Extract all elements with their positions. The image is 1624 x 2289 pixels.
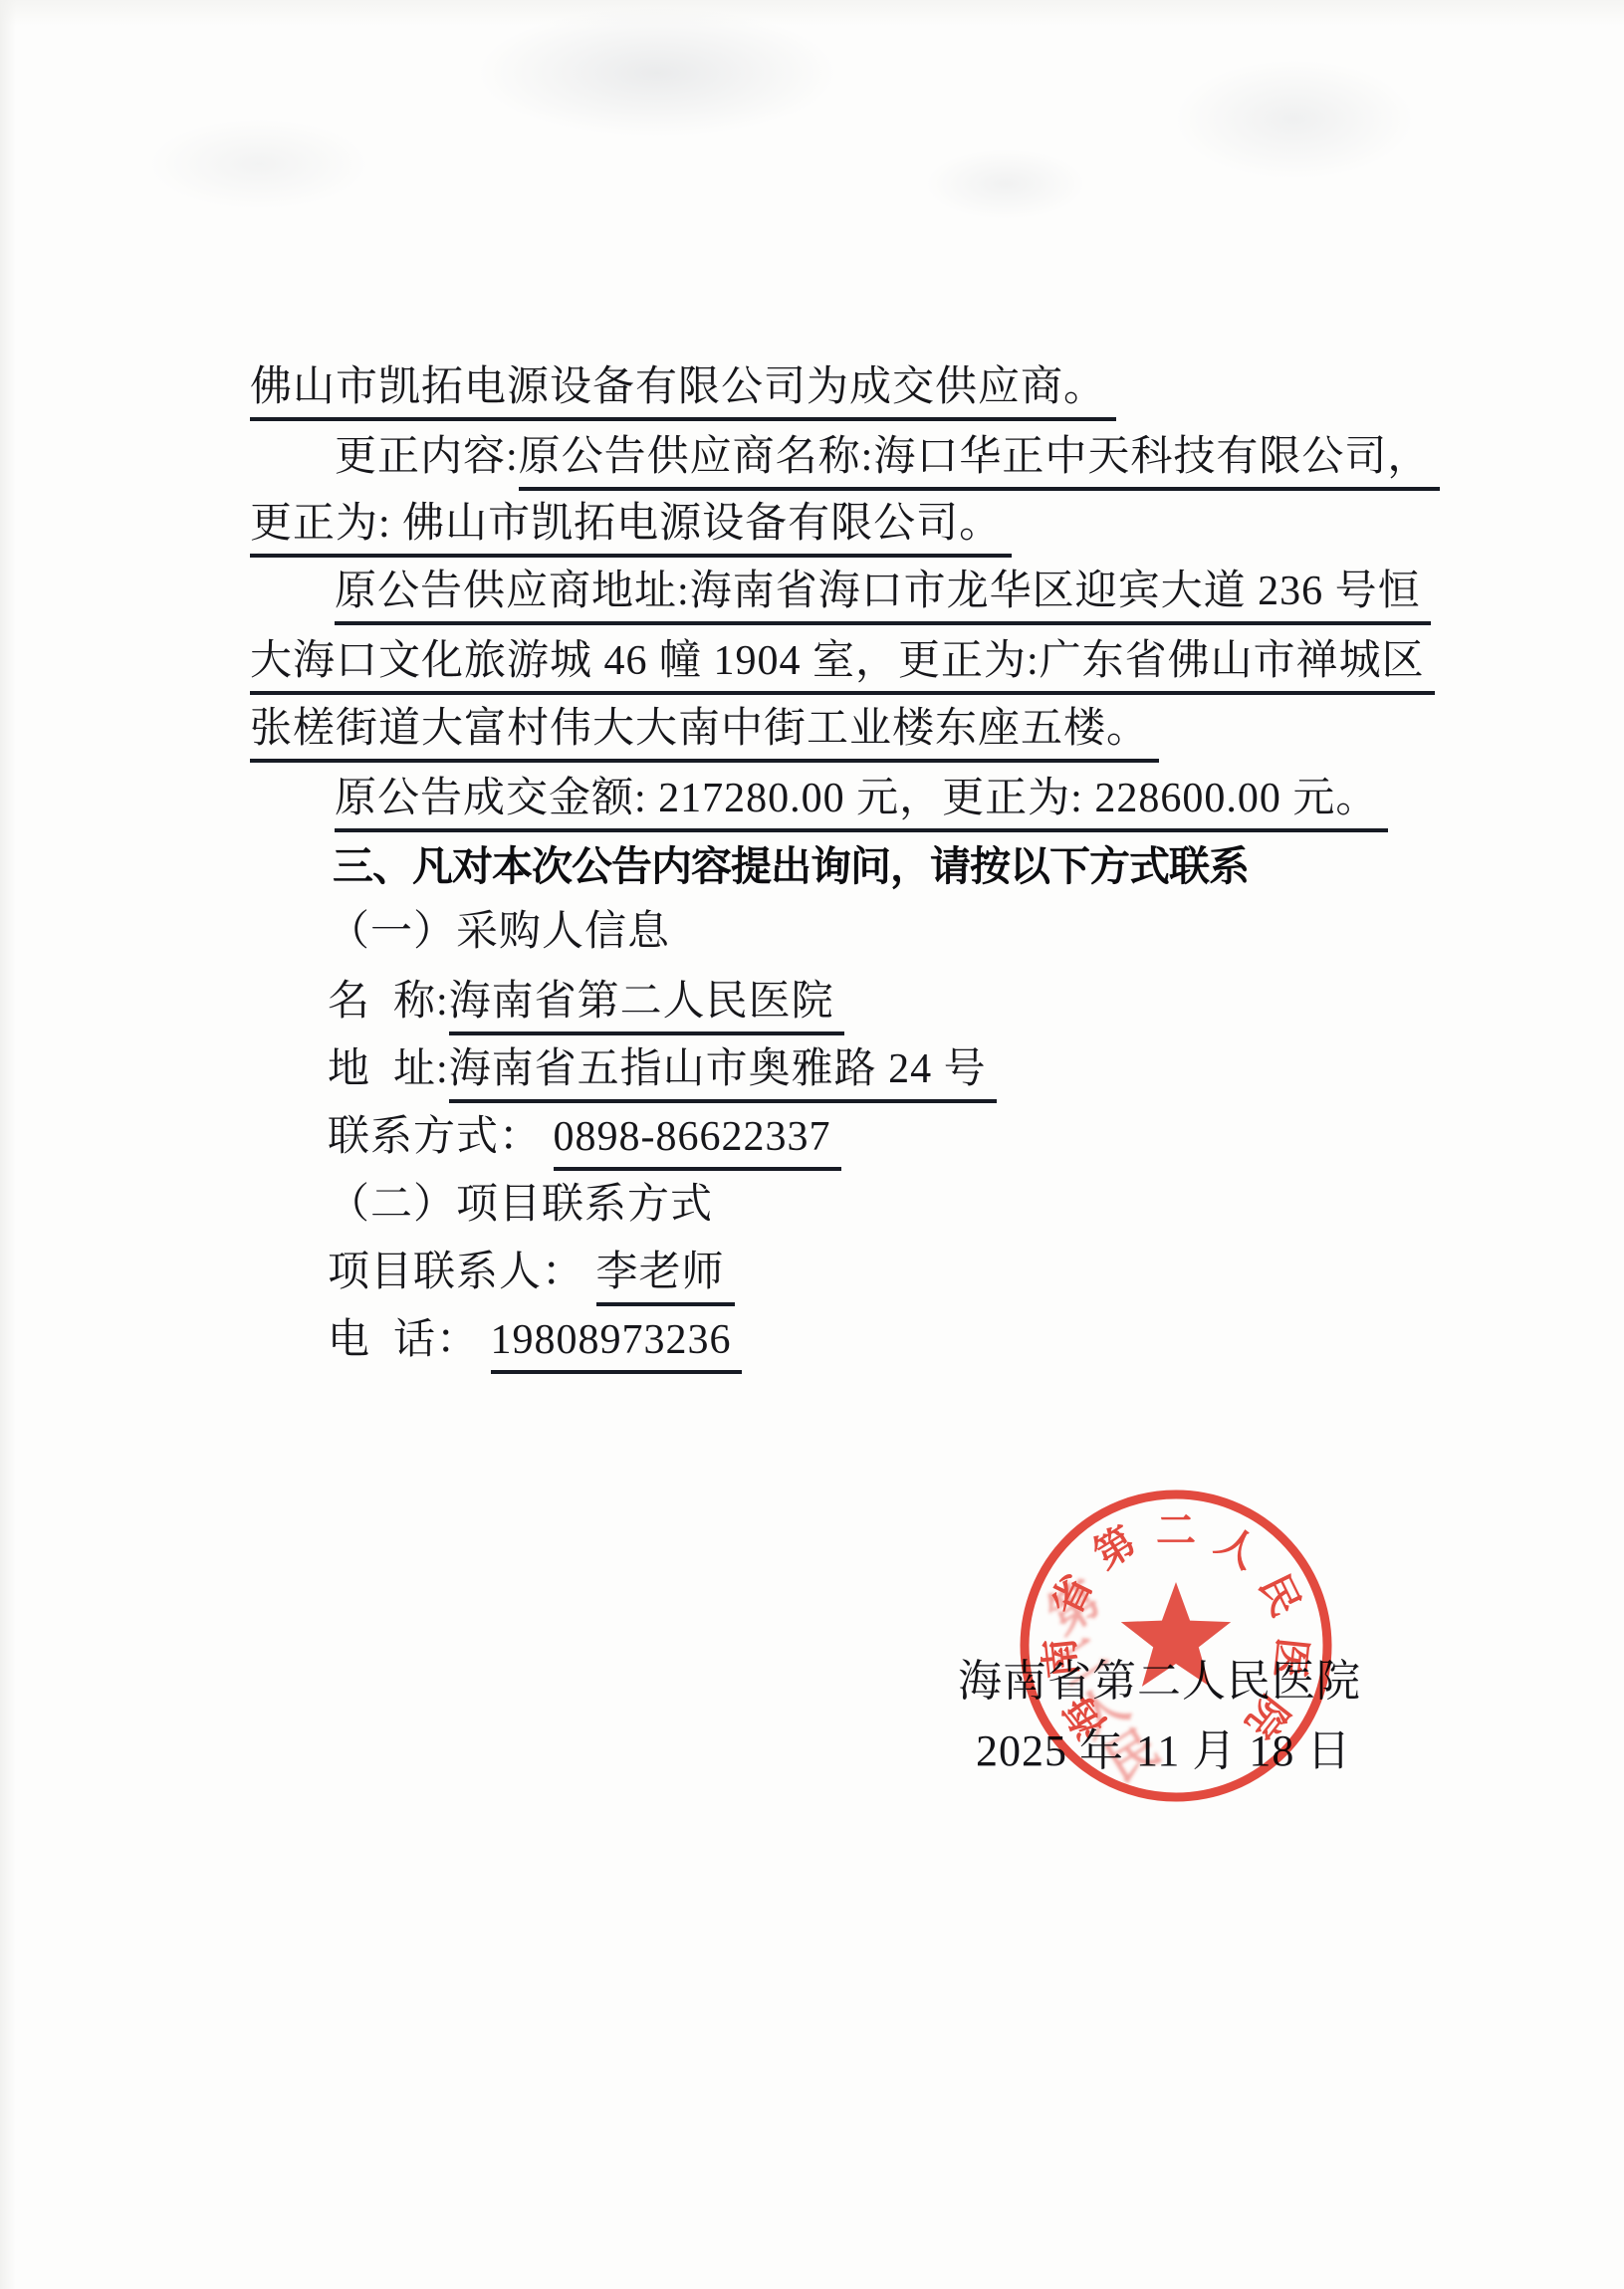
- seal-char: 人: [1209, 1518, 1267, 1577]
- official-seal: 海南省第二人民医院 第二人民: [1012, 1480, 1340, 1812]
- seal-char: 第: [1086, 1518, 1144, 1577]
- seal-char: 民: [1251, 1567, 1308, 1623]
- seal-char: 二: [1156, 1508, 1196, 1553]
- project-phone-line: 电 话： 19808973236: [282, 1266, 742, 1424]
- seal-char: 院: [1237, 1688, 1296, 1746]
- scan-smudge: [926, 149, 1085, 219]
- document-page: 佛山市凯拓电源设备有限公司为成交供应商。 更正内容:原公告供应商名称:海口华正中…: [0, 0, 1624, 2289]
- scan-smudge: [1175, 60, 1414, 179]
- scan-smudge: [149, 119, 368, 209]
- line-label: 电 话：: [328, 1316, 491, 1366]
- line-value: 19808973236: [491, 1316, 742, 1375]
- seal-star-icon: [1121, 1582, 1231, 1687]
- scan-smudge: [478, 8, 836, 137]
- seal-char: 医: [1267, 1636, 1315, 1680]
